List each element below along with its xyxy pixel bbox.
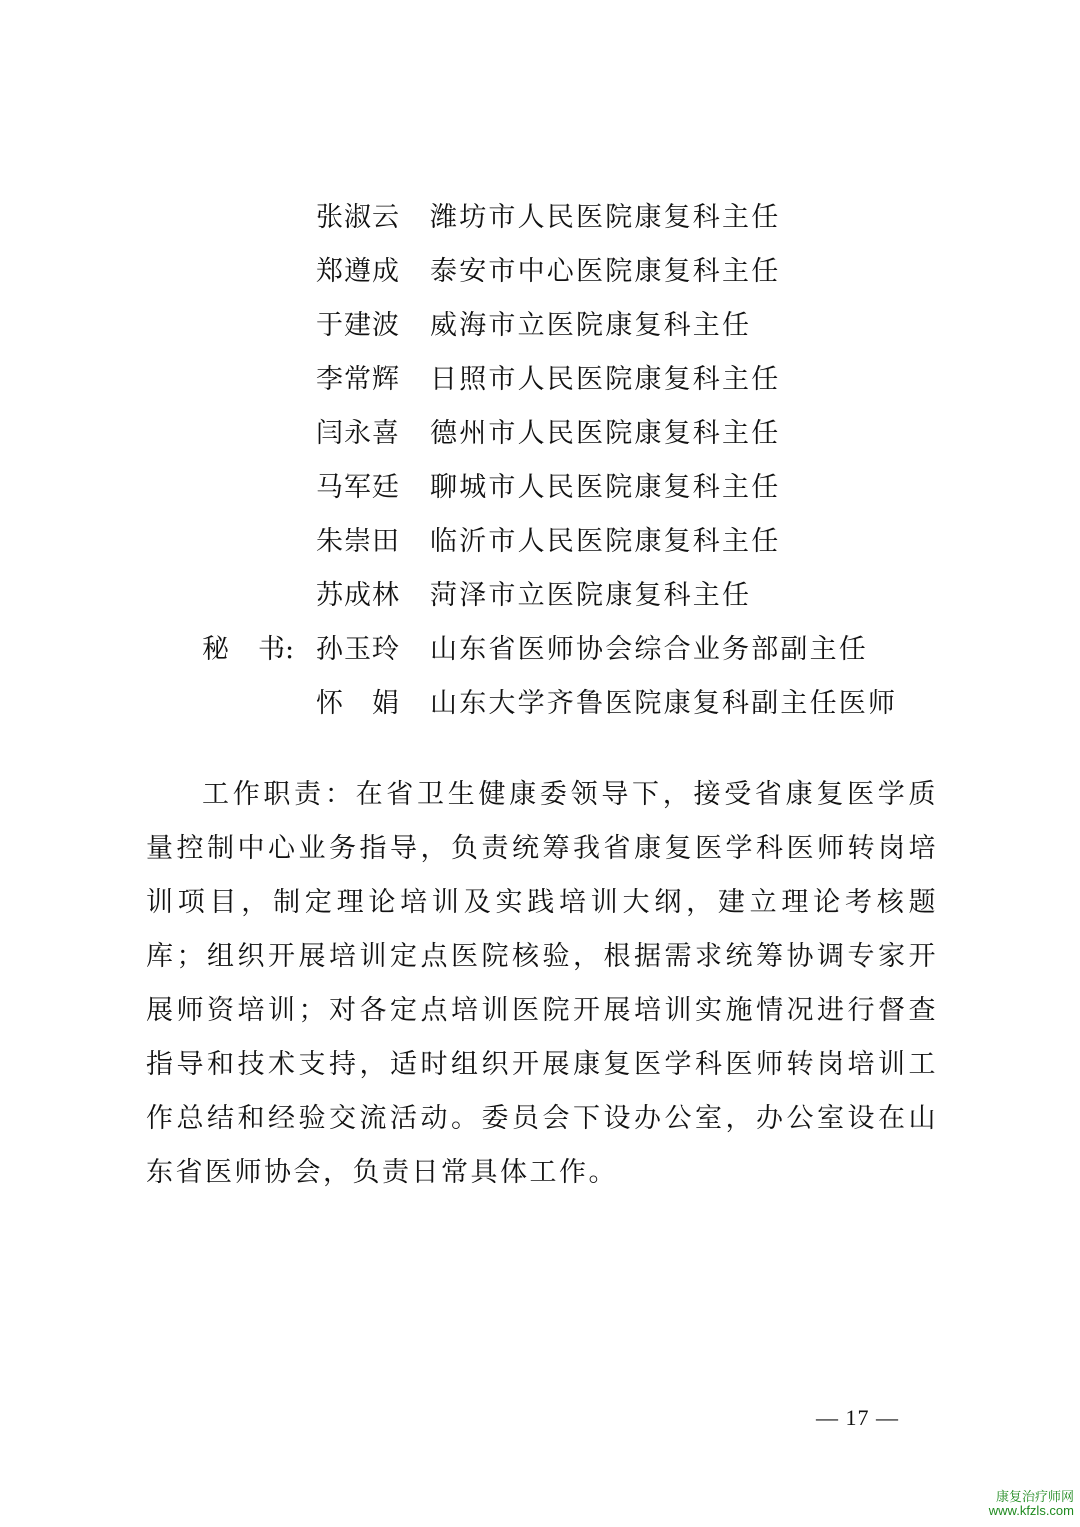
member-name: 苏成林	[316, 576, 400, 616]
duties-paragraph: 工作职责：在省卫生健康委领导下，接受省康复医学质量控制中心业务指导，负责统筹我省…	[146, 768, 938, 1200]
member-title: 威海市立医院康复科主任	[430, 306, 751, 346]
watermark-site-name: 康复治疗师网	[982, 1490, 1074, 1504]
secretary-name: 孙玉玲	[316, 630, 400, 670]
member-name: 朱崇田	[316, 522, 400, 562]
member-name: 张淑云	[316, 198, 400, 238]
page-number: — 17 —	[816, 1403, 899, 1433]
member-title: 日照市人民医院康复科主任	[430, 360, 780, 400]
member-title: 菏泽市立医院康复科主任	[430, 576, 751, 616]
secretary-name: 怀 娟	[316, 684, 400, 724]
member-title: 泰安市中心医院康复科主任	[430, 252, 780, 292]
secretary-label-char: 书:	[258, 630, 294, 670]
member-name: 于建波	[316, 306, 400, 346]
secretary-title: 山东大学齐鲁医院康复科副主任医师	[430, 684, 897, 724]
member-name: 马军廷	[316, 468, 400, 508]
member-title: 聊城市人民医院康复科主任	[430, 468, 780, 508]
secretary-label-char: 秘	[202, 630, 229, 670]
member-title: 德州市人民医院康复科主任	[430, 414, 780, 454]
member-name: 郑遵成	[316, 252, 400, 292]
watermark-site-url: www.kfzls.com	[982, 1504, 1074, 1518]
member-title: 潍坊市人民医院康复科主任	[430, 198, 780, 238]
member-name: 李常辉	[316, 360, 400, 400]
member-title: 临沂市人民医院康复科主任	[430, 522, 780, 562]
member-name: 闫永喜	[316, 414, 400, 454]
document-page: 张淑云 潍坊市人民医院康复科主任 郑遵成 泰安市中心医院康复科主任 于建波 威海…	[0, 0, 1080, 1527]
site-watermark: 康复治疗师网 www.kfzls.com	[982, 1490, 1074, 1518]
secretary-title: 山东省医师协会综合业务部副主任	[430, 630, 868, 670]
